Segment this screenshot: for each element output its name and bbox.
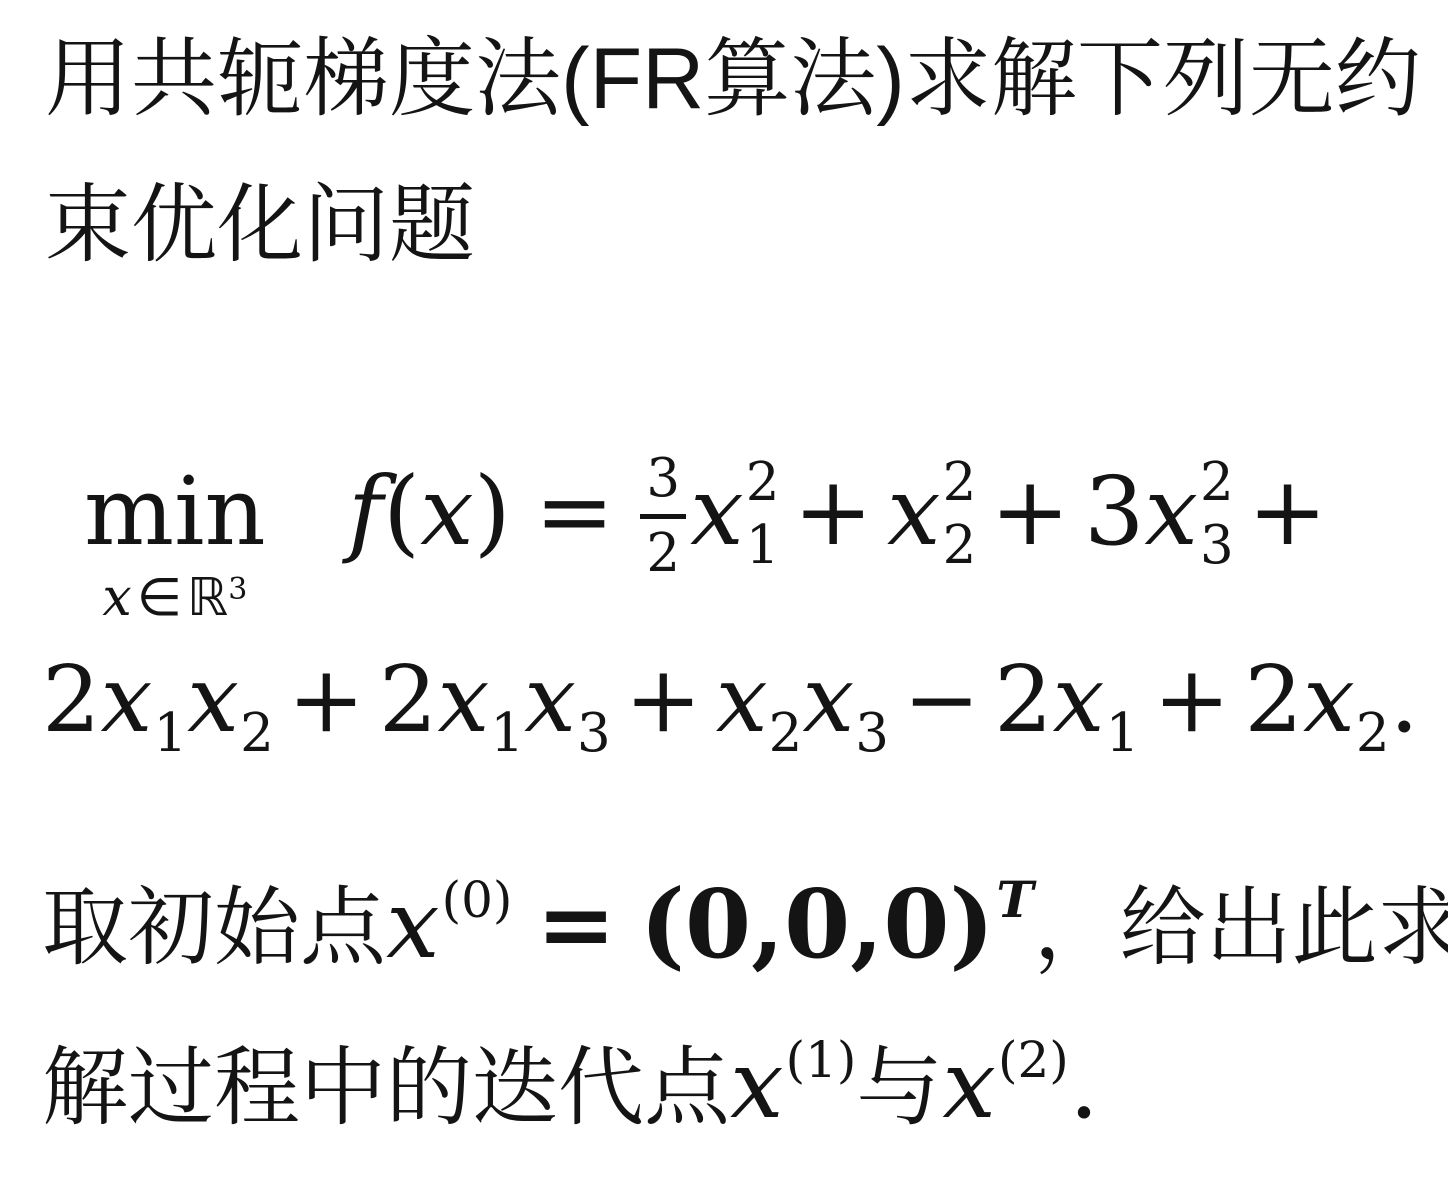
intro-text-line1: 用共轭梯度法(FR算法)求解下列无约 bbox=[45, 32, 1421, 127]
index: 2 bbox=[943, 519, 977, 572]
closing-line2-pre-text: 解过程中的迭代点 bbox=[42, 1040, 730, 1136]
term-3x3sq-scripts: 23 bbox=[1200, 456, 1234, 572]
term-x1sq-scripts: 21 bbox=[746, 456, 780, 572]
var-x: x bbox=[1053, 646, 1105, 753]
index: 2 bbox=[240, 703, 274, 764]
term-2x1x3-coef: 2 bbox=[379, 646, 438, 753]
equals-sign: = bbox=[536, 873, 616, 978]
initial-point-vector: (0,0,0) bbox=[640, 869, 994, 980]
min-operator: minx∈ℝ3 bbox=[84, 465, 266, 624]
term-x2sq-scripts: 22 bbox=[943, 456, 977, 572]
problem-page: { "d": { "intro": { "line1": "用共轭梯度法(FR算… bbox=[0, 0, 1448, 1177]
index: 3 bbox=[1200, 519, 1234, 572]
var-x: x bbox=[101, 646, 153, 753]
index: 3 bbox=[855, 703, 889, 764]
term-2x1x2-coef: 2 bbox=[42, 646, 101, 753]
closing-pre-text: 取初始点 bbox=[42, 880, 386, 976]
open-paren: ( bbox=[383, 457, 420, 567]
closing-text-line2: 解过程中的迭代点x(1)与x(2). bbox=[42, 1033, 1099, 1138]
var-x: x bbox=[187, 646, 239, 753]
objective-formula-line2: 2x1x2+2x1x3+x2x3−2x1+2x2. bbox=[42, 645, 1419, 766]
var-x: x bbox=[437, 646, 489, 753]
fraction-numerator: 3 bbox=[640, 452, 686, 514]
initial-point-symbol: x bbox=[386, 870, 440, 980]
fraction-denominator: 2 bbox=[640, 514, 686, 580]
term-3x3sq-base: x bbox=[1144, 457, 1198, 567]
plus-operator-trailing: + bbox=[1248, 455, 1328, 569]
min-constraint: x∈ℝ3 bbox=[102, 572, 247, 624]
plus-operator: + bbox=[990, 455, 1070, 569]
var-x: x bbox=[716, 646, 768, 753]
minus-operator: − bbox=[903, 645, 980, 755]
closing-post-text: ，给出此求 bbox=[1034, 880, 1448, 976]
min-label: min bbox=[84, 465, 266, 560]
plus-operator: + bbox=[625, 645, 702, 755]
iterate-1-symbol: x bbox=[730, 1030, 784, 1140]
term-x1sq-base: x bbox=[690, 457, 744, 567]
conjunction-text: 与 bbox=[856, 1040, 942, 1136]
index: 1 bbox=[1106, 703, 1140, 764]
iteration-superscript-2: (2) bbox=[998, 1031, 1069, 1089]
var-x: x bbox=[1303, 646, 1355, 753]
term-2x2-coef: 2 bbox=[1244, 646, 1303, 753]
real-set-dimension: 3 bbox=[228, 572, 247, 607]
equals-sign: = bbox=[535, 455, 615, 569]
iteration-superscript-1: (1) bbox=[786, 1031, 857, 1089]
exponent: 2 bbox=[746, 456, 780, 509]
iteration-superscript-0: (0) bbox=[442, 871, 513, 929]
function-arg: x bbox=[420, 457, 474, 567]
exponent: 2 bbox=[943, 456, 977, 509]
real-set-symbol: ℝ bbox=[187, 568, 228, 628]
index: 2 bbox=[769, 703, 803, 764]
index: 1 bbox=[490, 703, 524, 764]
index: 1 bbox=[746, 519, 780, 572]
index: 2 bbox=[1356, 703, 1390, 764]
element-of-symbol: ∈ bbox=[137, 568, 182, 628]
close-paren: ) bbox=[474, 457, 511, 567]
term-x2sq-base: x bbox=[887, 457, 941, 567]
index: 1 bbox=[153, 703, 187, 764]
index: 3 bbox=[577, 703, 611, 764]
var-x: x bbox=[524, 646, 576, 753]
iterate-2-symbol: x bbox=[942, 1030, 996, 1140]
transpose-superscript: T bbox=[996, 870, 1033, 929]
plus-operator: + bbox=[1153, 645, 1230, 755]
closing-text-line1: 取初始点x(0)=(0,0,0)T，给出此求 bbox=[42, 872, 1448, 978]
fraction-three-halves: 32 bbox=[640, 452, 686, 580]
plus-operator: + bbox=[288, 645, 365, 755]
term-2x1-coef: 2 bbox=[994, 646, 1053, 753]
exponent: 2 bbox=[1200, 456, 1234, 509]
intro-text-line2: 束优化问题 bbox=[45, 178, 475, 273]
period: . bbox=[1069, 1030, 1099, 1140]
var-x: x bbox=[802, 646, 854, 753]
period: . bbox=[1390, 646, 1419, 753]
plus-operator: + bbox=[793, 455, 873, 569]
term-3x3sq-coef: 3 bbox=[1084, 457, 1144, 567]
objective-formula-line1: minx∈ℝ3 f(x)=32x21+x22+3x23+ bbox=[84, 452, 1341, 624]
constraint-var: x bbox=[102, 568, 131, 628]
function-name: f bbox=[348, 457, 383, 567]
